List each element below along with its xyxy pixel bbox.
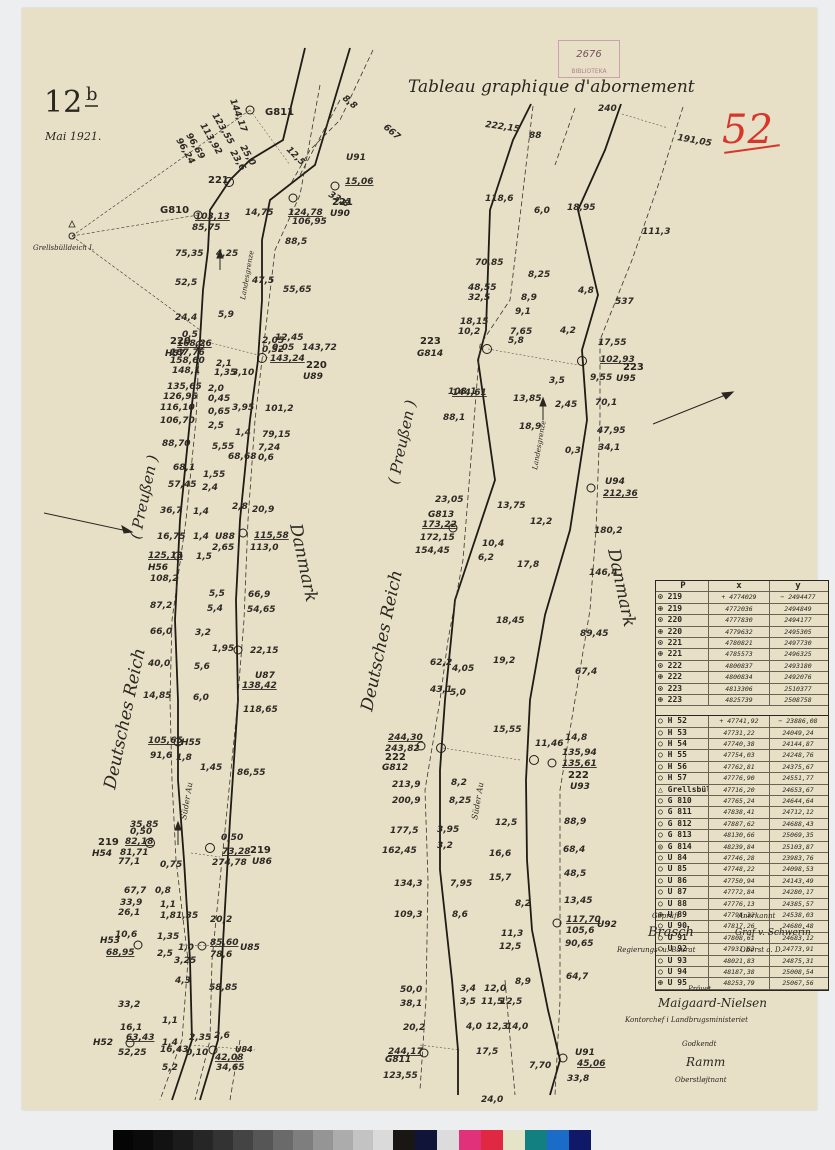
svg-text:212,36: 212,36 [603, 489, 638, 499]
label-deutsches-reich-right: Deutsches Reich [357, 568, 407, 714]
svg-text:47,5: 47,5 [251, 276, 274, 286]
table-cell-y: 24098,53 [770, 864, 826, 874]
color-swatch [525, 1130, 547, 1150]
sig4-name: Ramm [686, 1055, 725, 1069]
table-cell-x: 4772036 [709, 604, 770, 614]
svg-text:16,6: 16,6 [489, 849, 511, 859]
svg-text:42,08: 42,08 [214, 1053, 243, 1063]
svg-text:6,0: 6,0 [193, 693, 209, 703]
svg-text:1,1: 1,1 [162, 1016, 178, 1026]
svg-text:116,10: 116,10 [160, 403, 195, 413]
svg-text:3,95: 3,95 [437, 825, 459, 835]
svg-text:9,55: 9,55 [590, 373, 612, 383]
table-cell-p: ⊕ 220 [656, 627, 709, 637]
svg-text:62,2: 62,2 [430, 658, 452, 668]
table-cell-p: △ Grellsbülld. I. [656, 785, 709, 795]
svg-text:11,46: 11,46 [535, 739, 563, 749]
table-cell-x: 4777830 [709, 615, 770, 625]
svg-text:222: 222 [568, 770, 589, 781]
svg-text:48,5: 48,5 [563, 869, 586, 879]
table-cell-y: 24653,67 [770, 785, 826, 795]
svg-text:23,05: 23,05 [435, 495, 463, 505]
svg-text:1,4: 1,4 [235, 428, 251, 438]
svg-text:54,65: 54,65 [247, 605, 275, 615]
svg-text:85,75: 85,75 [192, 223, 220, 233]
svg-text:43,1: 43,1 [429, 685, 452, 695]
svg-text:8,25: 8,25 [528, 270, 550, 280]
table-cell-p: ○ G 810 [656, 796, 709, 806]
svg-text:105,65: 105,65 [148, 736, 183, 746]
svg-text:66,9: 66,9 [248, 590, 270, 600]
svg-text:7,70: 7,70 [529, 1061, 551, 1071]
sig1-name: Brasch [648, 925, 694, 940]
svg-text:18,45: 18,45 [496, 616, 524, 626]
table-cell-y: 24538,03 [770, 910, 826, 920]
svg-text:16,75: 16,75 [157, 532, 185, 542]
svg-text:5,8: 5,8 [508, 336, 524, 346]
table-row: ○ H 5647762,8124375,67 [656, 762, 828, 773]
svg-text:3,5: 3,5 [549, 376, 565, 386]
svg-text:138,42: 138,42 [242, 681, 277, 691]
svg-text:11,3: 11,3 [501, 929, 523, 939]
gray-swatch [293, 1130, 313, 1150]
table-cell-p: ○ H 56 [656, 762, 709, 772]
svg-text:0,3: 0,3 [565, 446, 581, 456]
table-row: ⊙ 22248008372493180 [656, 661, 828, 672]
svg-text:3,4: 3,4 [460, 984, 476, 994]
gray-swatch [313, 1130, 333, 1150]
table-row: △ Grellsbülld. I.47716,2024653,67 [656, 785, 828, 796]
table-row: ○ G 81047765,2424644,64 [656, 796, 828, 807]
svg-text:47,95: 47,95 [596, 426, 625, 436]
table-cell-y: − 2494477 [770, 592, 826, 602]
table-cell-x: 48021,83 [709, 956, 770, 966]
date-label: Mai 1921. [44, 130, 101, 143]
table-cell-y: 24280,17 [770, 887, 826, 897]
table-cell-y: − 23886,08 [770, 716, 826, 726]
table-row: ⊕ 21947720362494849 [656, 604, 828, 615]
svg-text:H56: H56 [148, 563, 168, 573]
sig2-name: Graf v. Schwerin [735, 928, 811, 938]
table-header: P x y [656, 581, 828, 592]
color-swatch [569, 1130, 591, 1150]
svg-text:1,35: 1,35 [157, 932, 179, 942]
table-cell-p: ○ U 88 [656, 899, 709, 909]
svg-text:1,1: 1,1 [160, 900, 176, 910]
svg-text:162,45: 162,45 [382, 846, 417, 856]
table-cell-x: 47750,94 [709, 876, 770, 886]
svg-text:135,61: 135,61 [562, 759, 597, 769]
table-cell-x: 4800837 [709, 661, 770, 671]
svg-text:3,2: 3,2 [437, 841, 453, 851]
svg-text:8,2: 8,2 [451, 778, 467, 788]
svg-text:6,0: 6,0 [534, 206, 550, 216]
table-cell-p: ○ H 55 [656, 750, 709, 760]
gray-swatch [213, 1130, 233, 1150]
table-cell-x: 47746,28 [709, 853, 770, 863]
table-cell-y: 2508758 [770, 695, 826, 705]
svg-text:126,95: 126,95 [163, 392, 198, 402]
table-row: ⊕ 22047796322495305 [656, 627, 828, 638]
svg-text:G810: G810 [160, 205, 189, 216]
table-cell-p: ○ U 93 [656, 956, 709, 966]
table-cell-y: 25069,35 [770, 830, 826, 840]
svg-text:1,8: 1,8 [160, 911, 176, 921]
svg-text:12,3: 12,3 [486, 1022, 508, 1032]
svg-text:3,5: 3,5 [460, 997, 476, 1007]
table-cell-y: 24712,12 [770, 807, 826, 817]
svg-text:244,30: 244,30 [388, 733, 423, 743]
svg-text:1,55: 1,55 [203, 470, 225, 480]
table-cell-p: ○ U 85 [656, 864, 709, 874]
svg-text:0,10: 0,10 [186, 1048, 208, 1058]
svg-text:73,28: 73,28 [222, 847, 250, 857]
svg-text:17,55: 17,55 [598, 338, 626, 348]
svg-text:220: 220 [306, 360, 327, 371]
sig1-title: Regierungs- u. Baurat [617, 946, 695, 954]
right-panel-boundaries [440, 104, 621, 1095]
svg-text:88: 88 [529, 131, 542, 141]
left-measurements: 144,17 123,55 113,92 96,69 96,24 25,0 23… [106, 94, 402, 1073]
svg-text:H55: H55 [181, 738, 201, 748]
table-cell-p: ⊙ 220 [656, 615, 709, 625]
table-row: ⊕ 22147855732496325 [656, 649, 828, 660]
table-cell-p: ○ U 86 [656, 876, 709, 886]
gray-swatch [273, 1130, 293, 1150]
svg-text:219: 219 [250, 845, 271, 856]
color-swatch [503, 1130, 525, 1150]
table-cell-p: ⊕ 219 [656, 604, 709, 614]
table-cell-y: 24688,43 [770, 819, 826, 829]
table-cell-p: ⊕ 222 [656, 672, 709, 682]
svg-text:88,1: 88,1 [443, 413, 465, 423]
svg-text:117,70: 117,70 [566, 915, 601, 925]
svg-text:16,1: 16,1 [120, 1023, 142, 1033]
color-swatch [547, 1130, 569, 1150]
table-cell-y: 25103,87 [770, 842, 826, 852]
table-row: ○ H 52+ 47741,92− 23886,08 [656, 716, 828, 727]
svg-text:111,3: 111,3 [642, 227, 670, 237]
svg-text:36,7: 36,7 [160, 506, 183, 516]
table-cell-x: 47748,22 [709, 864, 770, 874]
svg-text:15,06: 15,06 [345, 177, 373, 187]
svg-text:213,9: 213,9 [392, 780, 420, 790]
table-cell-x: 47762,81 [709, 762, 770, 772]
color-swatch [459, 1130, 481, 1150]
svg-text:18,9: 18,9 [519, 422, 541, 432]
svg-text:87,2: 87,2 [150, 601, 172, 611]
table-cell-y: 2496325 [770, 649, 826, 659]
table-cell-p: ⊙ 223 [656, 684, 709, 694]
svg-text:146,4: 146,4 [589, 568, 617, 578]
svg-text:143,24: 143,24 [270, 354, 305, 364]
table-row: ○ G 81247887,6224688,43 [656, 819, 828, 830]
svg-text:0,50: 0,50 [221, 833, 243, 843]
label-deutsches-reich-left: Deutsches Reich [100, 646, 150, 792]
table-cell-x: 47772,84 [709, 887, 770, 897]
table-cell-p: ⊕ 221 [656, 649, 709, 659]
svg-text:0,50: 0,50 [130, 827, 152, 837]
gray-swatch [133, 1130, 153, 1150]
svg-text:8,2: 8,2 [515, 899, 531, 909]
svg-text:1,0: 1,0 [178, 943, 194, 953]
table-row: ◎ G 81448239,8425103,87 [656, 842, 828, 853]
svg-text:8,6: 8,6 [452, 910, 468, 920]
svg-text:3,95: 3,95 [232, 403, 254, 413]
table-cell-x: 47740,38 [709, 739, 770, 749]
table-cell-y: 24248,76 [770, 750, 826, 760]
color-swatch [415, 1130, 437, 1150]
table-row: ○ U 8747772,8424280,17 [656, 887, 828, 898]
table-cell-p: ○ H 57 [656, 773, 709, 783]
table-cell-y: 24551,77 [770, 773, 826, 783]
svg-text:172,15: 172,15 [420, 533, 455, 543]
gray-swatch [113, 1130, 133, 1150]
svg-text:0,8: 0,8 [155, 886, 171, 896]
svg-text:64,7: 64,7 [566, 972, 589, 982]
svg-text:1,45: 1,45 [200, 763, 222, 773]
svg-text:113,0: 113,0 [250, 543, 278, 553]
table-cell-y: 2510377 [770, 684, 826, 694]
svg-text:52,25: 52,25 [118, 1048, 146, 1058]
svg-text:123,55: 123,55 [383, 1071, 418, 1081]
table-row: ○ H 5547754,0324248,76 [656, 750, 828, 761]
table-cell-p: ○ H 52 [656, 716, 709, 726]
table-row: ⊙ 22047778302494177 [656, 615, 828, 626]
svg-text:7,24: 7,24 [258, 443, 280, 453]
svg-text:10,4: 10,4 [482, 539, 504, 549]
table-cell-x: 47731,22 [709, 728, 770, 738]
svg-text:108,1: 108,1 [448, 387, 476, 397]
svg-text:U85: U85 [240, 943, 260, 953]
svg-text:63,43: 63,43 [126, 1033, 154, 1043]
gray-swatch [333, 1130, 353, 1150]
svg-text:2,6: 2,6 [214, 1031, 230, 1041]
label-river-left: Süder Au [179, 782, 194, 821]
table-cell-x: 48253,79 [709, 978, 770, 988]
svg-text:154,45: 154,45 [415, 546, 450, 556]
table-cell-x: 47776,13 [709, 899, 770, 909]
svg-text:180,2: 180,2 [594, 526, 622, 536]
svg-text:13,45: 13,45 [564, 896, 592, 906]
table-cell-y: 2493180 [770, 661, 826, 671]
table-cell-x: 4825739 [709, 695, 770, 705]
table-group-main-stones: ⊙ 219+ 4774029− 2494477⊕ 219477203624948… [656, 592, 828, 706]
svg-text:85,60: 85,60 [210, 938, 238, 948]
left-panel-boundaries [172, 48, 350, 1100]
svg-text:33,2: 33,2 [118, 1000, 140, 1010]
svg-text:U86: U86 [252, 857, 272, 867]
svg-text:50,0: 50,0 [400, 985, 422, 995]
svg-text:223: 223 [420, 336, 441, 347]
svg-text:0,45: 0,45 [208, 394, 230, 404]
table-cell-p: ○ U 94 [656, 967, 709, 977]
svg-text:7,95: 7,95 [450, 879, 472, 889]
svg-text:4,05: 4,05 [451, 664, 474, 674]
label-preussen-left: ( Preußen ) [126, 453, 161, 541]
svg-text:219: 219 [98, 837, 119, 848]
sig2-title: Oberst a. D. [740, 946, 783, 954]
svg-text:5,9: 5,9 [218, 310, 234, 320]
table-cell-p: ○ G 813 [656, 830, 709, 840]
label-river-right: Süder Au [470, 782, 485, 821]
svg-text:8,8: 8,8 [340, 94, 359, 112]
color-swatch [437, 1130, 459, 1150]
sig2-caption: Anerkannt [738, 912, 775, 920]
svg-text:10,2: 10,2 [458, 327, 480, 337]
table-gap [656, 706, 828, 716]
svg-text:8,25: 8,25 [449, 796, 471, 806]
svg-text:U88: U88 [215, 532, 235, 542]
svg-text:16,43: 16,43 [160, 1045, 188, 1055]
svg-text:101,2: 101,2 [265, 404, 293, 414]
svg-text:88,9: 88,9 [564, 817, 586, 827]
svg-text:48,55: 48,55 [467, 283, 496, 293]
svg-text:70,85: 70,85 [475, 258, 503, 268]
table-cell-y: 2494849 [770, 604, 826, 614]
table-row: ○ U 8547748,2224098,53 [656, 864, 828, 875]
svg-text:12,5: 12,5 [500, 997, 522, 1007]
svg-text:79,15: 79,15 [262, 430, 290, 440]
svg-text:103,13: 103,13 [195, 212, 230, 222]
svg-text:67,7: 67,7 [124, 886, 147, 896]
svg-text:U89: U89 [303, 372, 323, 382]
table-row: ○ G 81147838,4124712,12 [656, 807, 828, 818]
gray-swatch [353, 1130, 373, 1150]
svg-text:15,55: 15,55 [493, 725, 521, 735]
svg-text:102,93: 102,93 [600, 355, 635, 365]
table-cell-y: 24644,64 [770, 796, 826, 806]
table-row: ○ U 9448187,3825008,54 [656, 967, 828, 978]
svg-text:33,9: 33,9 [120, 898, 142, 908]
svg-text:2,0: 2,0 [208, 384, 224, 394]
svg-text:U90: U90 [330, 209, 350, 219]
svg-text:135,94: 135,94 [562, 748, 597, 758]
svg-text:537: 537 [615, 297, 635, 307]
svg-text:5,2: 5,2 [162, 1063, 178, 1073]
table-cell-x: 4813306 [709, 684, 770, 694]
table-cell-p: ⊙ 221 [656, 638, 709, 648]
sig4-caption: Godkendt [682, 1040, 716, 1048]
table-cell-p: ○ G 812 [656, 819, 709, 829]
svg-text:70,1: 70,1 [595, 398, 617, 408]
table-cell-x: 4779632 [709, 627, 770, 637]
svg-text:118,65: 118,65 [243, 705, 278, 715]
table-row: ○ U 8447746,2823983,76 [656, 853, 828, 864]
label-danmark-left: Danmark [285, 521, 321, 604]
table-cell-x: 4785573 [709, 649, 770, 659]
svg-text:45,06: 45,06 [576, 1059, 605, 1069]
svg-text:17,8: 17,8 [517, 560, 539, 570]
svg-text:3,2: 3,2 [195, 628, 211, 638]
svg-text:1,4: 1,4 [193, 507, 209, 517]
svg-text:667: 667 [381, 123, 402, 143]
svg-text:H52: H52 [93, 1038, 113, 1048]
svg-text:148,1: 148,1 [172, 366, 200, 376]
svg-text:9,1: 9,1 [515, 307, 531, 317]
svg-text:191,05: 191,05 [676, 133, 712, 149]
svg-text:2,5: 2,5 [157, 949, 173, 959]
svg-text:32,5: 32,5 [468, 293, 490, 303]
table-row: ⊕ U 9548253,7925067,56 [656, 978, 828, 989]
svg-text:77,1: 77,1 [118, 857, 140, 867]
svg-text:33,8: 33,8 [567, 1074, 589, 1084]
svg-text:G812: G812 [382, 763, 408, 773]
table-row: ⊕ 22248008342492076 [656, 672, 828, 683]
table-row: ⊙ 22348133062510377 [656, 684, 828, 695]
table-cell-y: 25008,54 [770, 967, 826, 977]
table-cell-x: 48130,66 [709, 830, 770, 840]
table-row: ○ H 5747776,9024551,77 [656, 773, 828, 784]
table-row: ○ U 8847776,1324385,57 [656, 899, 828, 910]
table-cell-p: ⊙ 219 [656, 592, 709, 602]
table-cell-p: ⊕ 223 [656, 695, 709, 705]
svg-text:91,6: 91,6 [150, 751, 172, 761]
label-danmark-right: Danmark [603, 546, 639, 629]
svg-text:8,9: 8,9 [521, 293, 537, 303]
svg-text:105,6: 105,6 [566, 926, 594, 936]
svg-text:82,18: 82,18 [125, 837, 153, 847]
svg-text:109,3: 109,3 [394, 910, 422, 920]
table-row: ○ G 81348130,6625069,35 [656, 830, 828, 841]
table-cell-y: 2494177 [770, 615, 826, 625]
svg-text:4,8: 4,8 [577, 286, 594, 296]
svg-text:5,6: 5,6 [194, 662, 210, 672]
svg-text:18,15: 18,15 [460, 317, 488, 327]
table-cell-p: ○ U 87 [656, 887, 709, 897]
svg-text:118,6: 118,6 [485, 194, 513, 204]
svg-text:2,4: 2,4 [202, 483, 218, 493]
svg-text:89,45: 89,45 [580, 629, 608, 639]
svg-text:222,15: 222,15 [485, 120, 521, 135]
svg-text:12,5: 12,5 [284, 145, 307, 168]
svg-text:26,1: 26,1 [118, 908, 140, 918]
svg-text:14,0: 14,0 [506, 1022, 528, 1032]
svg-text:14,8: 14,8 [565, 733, 587, 743]
svg-text:20,2: 20,2 [210, 915, 232, 925]
svg-text:108,2: 108,2 [150, 574, 178, 584]
gray-swatch [373, 1130, 393, 1150]
svg-text:115,58: 115,58 [254, 531, 289, 541]
svg-text:H54: H54 [92, 849, 112, 859]
table-cell-y: 24049,24 [770, 728, 826, 738]
table-cell-y: 24143,49 [770, 876, 826, 886]
table-cell-x: 47754,03 [709, 750, 770, 760]
svg-text:40,0: 40,0 [147, 659, 170, 669]
svg-text:4,3: 4,3 [174, 976, 191, 986]
svg-text:158,60: 158,60 [170, 356, 205, 366]
svg-text:5,5: 5,5 [209, 589, 225, 599]
svg-text:34,1: 34,1 [598, 443, 620, 453]
table-row: ⊙ 219+ 4774029− 2494477 [656, 592, 828, 603]
svg-text:3,25: 3,25 [174, 956, 196, 966]
svg-text:0,05: 0,05 [272, 343, 294, 353]
svg-text:221: 221 [208, 175, 229, 186]
svg-text:15,7: 15,7 [489, 873, 512, 883]
table-cell-x: 47887,62 [709, 819, 770, 829]
sig3-caption: Prövet [688, 985, 711, 993]
svg-text:2,5: 2,5 [208, 421, 224, 431]
sig3-name: Maigaard-Nielsen [658, 996, 767, 1010]
svg-text:243,82: 243,82 [385, 744, 420, 754]
table-row: ⊕ 22348257392508758 [656, 695, 828, 706]
svg-text:1,5: 1,5 [196, 552, 212, 562]
svg-text:66,0: 66,0 [150, 627, 172, 637]
svg-text:U87: U87 [255, 671, 276, 681]
table-cell-p: ○ U 84 [656, 853, 709, 863]
table-cell-p: ◎ G 814 [656, 842, 709, 852]
svg-text:22,15: 22,15 [250, 646, 278, 656]
